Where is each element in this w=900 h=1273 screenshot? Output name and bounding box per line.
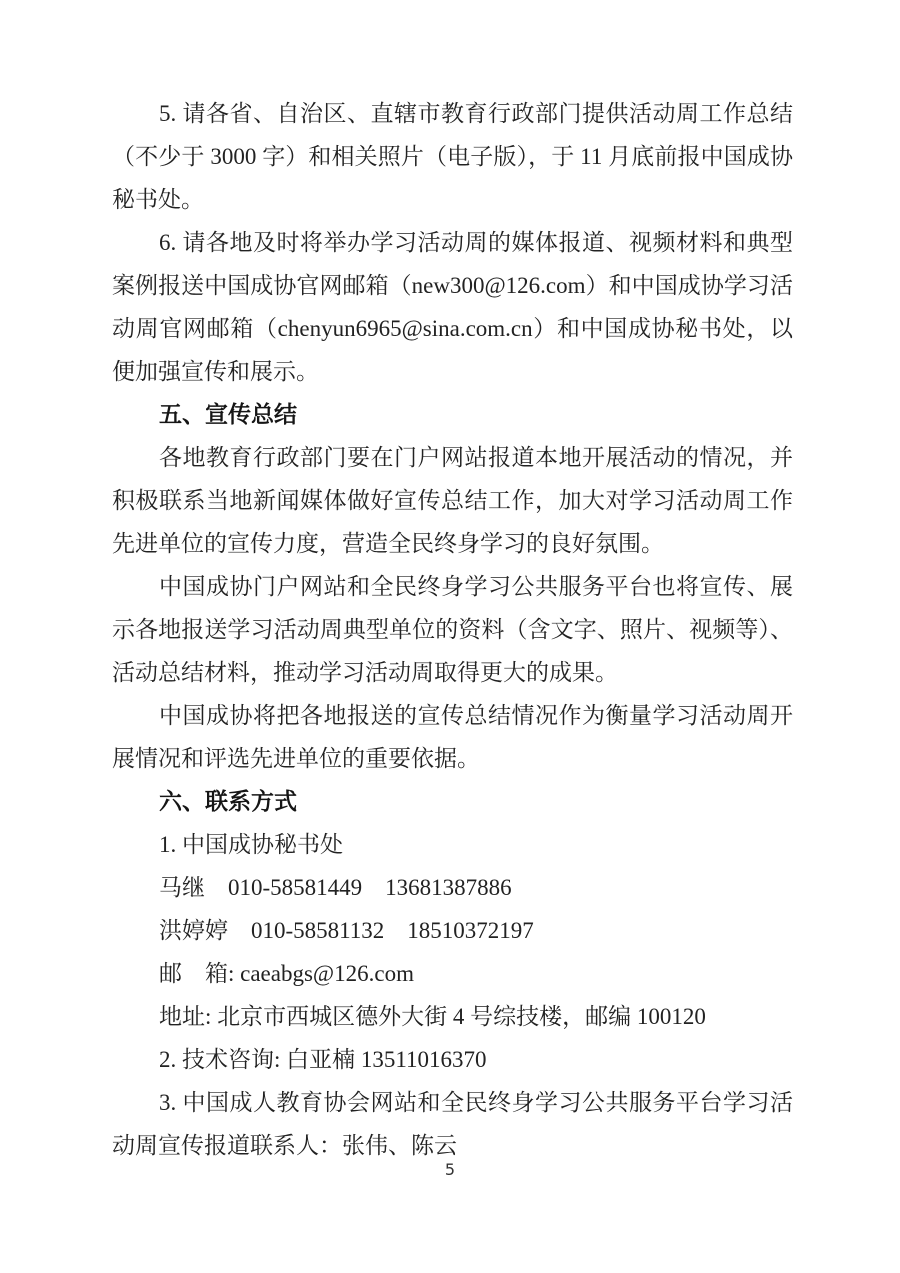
paragraph-line: 6. 请各地及时将举办学习活动周的媒体报道、视频材料和典型	[112, 221, 793, 264]
paragraph-line: 动周官网邮箱（chenyun6965@sina.com.cn）和中国成协秘书处，…	[112, 307, 793, 350]
paragraph-line: 各地教育行政部门要在门户网站报道本地开展活动的情况，并	[112, 436, 793, 479]
contact-line-ma-ji: 马继 010-58581449 13681387886	[112, 866, 793, 909]
paragraph-line: 示各地报送学习活动周典型单位的资料（含文字、照片、视频等）、	[112, 608, 793, 651]
paragraph-line: 3. 中国成人教育协会网站和全民终身学习公共服务平台学习活	[112, 1081, 793, 1124]
paragraph-line: 便加强宣传和展示。	[112, 350, 793, 393]
paragraph-line: 展情况和评选先进单位的重要依据。	[112, 737, 793, 780]
paragraph-line: 先进单位的宣传力度，营造全民终身学习的良好氛围。	[112, 522, 793, 565]
paragraph-line: 中国成协门户网站和全民终身学习公共服务平台也将宣传、展	[112, 565, 793, 608]
section-heading-publicity-summary: 五、宣传总结	[112, 393, 793, 436]
paragraph-line: 积极联系当地新闻媒体做好宣传总结工作，加大对学习活动周工作	[112, 479, 793, 522]
paragraph-line: 案例报送中国成协官网邮箱（new300@126.com）和中国成协学习活	[112, 264, 793, 307]
paragraph-line: 秘书处。	[112, 178, 793, 221]
document-body: 5. 请各省、自治区、直辖市教育行政部门提供活动周工作总结 （不少于 3000 …	[112, 92, 793, 1167]
contact-line-secretariat: 1. 中国成协秘书处	[112, 823, 793, 866]
document-page: 5. 请各省、自治区、直辖市教育行政部门提供活动周工作总结 （不少于 3000 …	[0, 0, 900, 1273]
paragraph-line: 中国成协将把各地报送的宣传总结情况作为衡量学习活动周开	[112, 694, 793, 737]
page-number: 5	[0, 1155, 900, 1185]
contact-line-hong-tingting: 洪婷婷 010-58581132 18510372197	[112, 909, 793, 952]
contact-line-tech-support: 2. 技术咨询: 白亚楠 13511016370	[112, 1038, 793, 1081]
paragraph-line: （不少于 3000 字）和相关照片（电子版），于 11 月底前报中国成协	[112, 135, 793, 178]
contact-line-email: 邮 箱: caeabgs@126.com	[112, 952, 793, 995]
contact-line-address: 地址: 北京市西城区德外大街 4 号综技楼，邮编 100120	[112, 995, 793, 1038]
paragraph-line: 活动总结材料，推动学习活动周取得更大的成果。	[112, 651, 793, 694]
paragraph-line: 5. 请各省、自治区、直辖市教育行政部门提供活动周工作总结	[112, 92, 793, 135]
section-heading-contact-info: 六、联系方式	[112, 780, 793, 823]
